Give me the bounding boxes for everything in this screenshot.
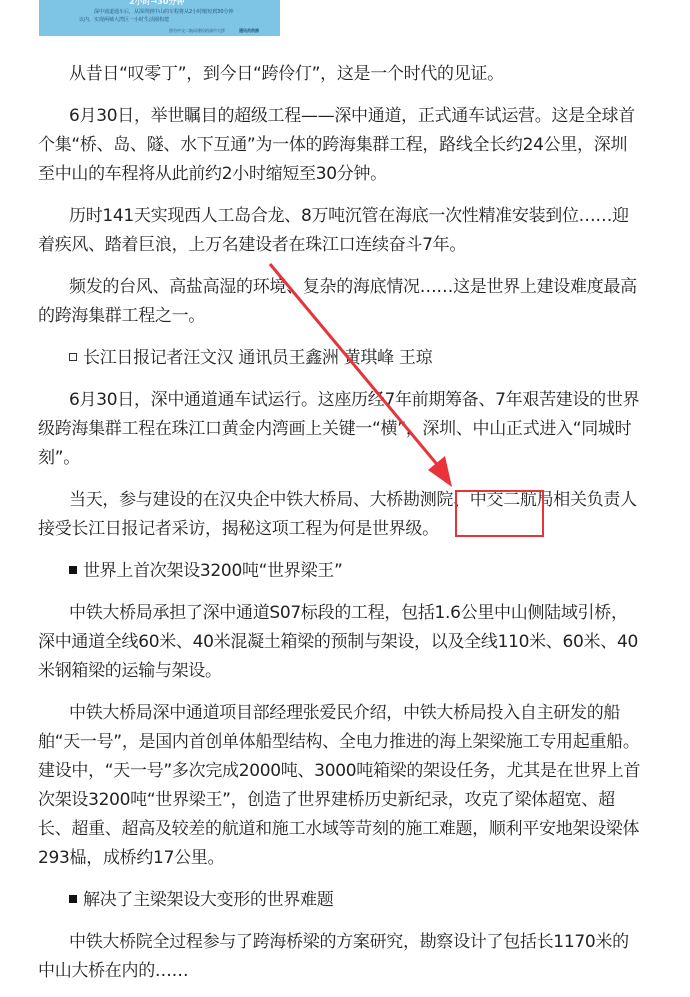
subheading: 世界上首次架设3200吨“世界梁王” bbox=[38, 557, 643, 586]
banner-title: 2小时→30分钟 bbox=[129, 0, 184, 5]
solid-square-icon bbox=[69, 895, 77, 903]
hollow-square-icon bbox=[69, 353, 77, 361]
article-banner-image: 2小时→30分钟 深中通道通车后，从深圳到中山的车程将从2小时缩短到30分钟 以… bbox=[39, 0, 280, 36]
paragraph: 当天，参与建设的在汉央企中铁大桥局、大桥勘测院、中交二航局相关负责人接受长江日报… bbox=[38, 486, 643, 544]
solid-square-icon bbox=[69, 566, 77, 574]
paragraph: 中铁大桥局承担了深中通道S07标段的工程，包括1.6公里中山侧陆域引桥，深中通道… bbox=[38, 599, 643, 686]
subheading-text: 解决了主梁架设大变形的世界难题 bbox=[83, 890, 334, 910]
paragraph: 6月30日，举世瞩目的超级工程——深中通道，正式通车试运营。这是全球首个集“桥、… bbox=[38, 102, 643, 189]
paragraph: 中铁大桥院全过程参与了跨海桥梁的方案研究，勘察设计了包括长1170米的中山大桥在… bbox=[38, 928, 643, 986]
banner-credit: 图为中交二航局建设的深中大桥 bbox=[169, 27, 225, 34]
byline-text: 长江日报记者汪文汉 通讯员王鑫洲 黄琪峰 王琼 bbox=[83, 348, 432, 368]
byline: 长江日报记者汪文汉 通讯员王鑫洲 黄琪峰 王琼 bbox=[38, 344, 643, 373]
banner-caption-line: 以内，实现两城大湾区一小时生活圈构建 bbox=[79, 17, 169, 24]
annotation-highlight-box bbox=[455, 490, 544, 537]
paragraph: 历时141天实现西人工岛合龙、8万吨沉管在海底一次性精准安装到位……迎着疾风、踏… bbox=[38, 202, 643, 260]
banner-caption-line: 深中通道通车后，从深圳到中山的车程将从2小时缩短到30分钟 bbox=[94, 9, 234, 16]
subheading-text: 世界上首次架设3200吨“世界梁王” bbox=[83, 561, 342, 581]
subheading: 解决了主梁架设大变形的世界难题 bbox=[38, 886, 643, 915]
paragraph: 中铁大桥局深中通道项目部经理张爱民介绍，中铁大桥局投入自主研发的船舶“天一号”，… bbox=[38, 699, 643, 873]
banner-credit: 通讯员供图 bbox=[239, 27, 259, 34]
paragraph: 6月30日，深中通道通车试运行。这座历经7年前期筹备、7年艰苦建设的世界级跨海集… bbox=[38, 386, 643, 473]
paragraph: 频发的台风、高盐高湿的环境、复杂的海底情况……这是世界上建设难度最高的跨海集群工… bbox=[38, 273, 643, 331]
article-body: 从昔日“叹零丁”，到今日“跨伶仃”，这是一个时代的见证。 6月30日，举世瞩目的… bbox=[38, 60, 643, 997]
paragraph: 从昔日“叹零丁”，到今日“跨伶仃”，这是一个时代的见证。 bbox=[38, 60, 643, 89]
